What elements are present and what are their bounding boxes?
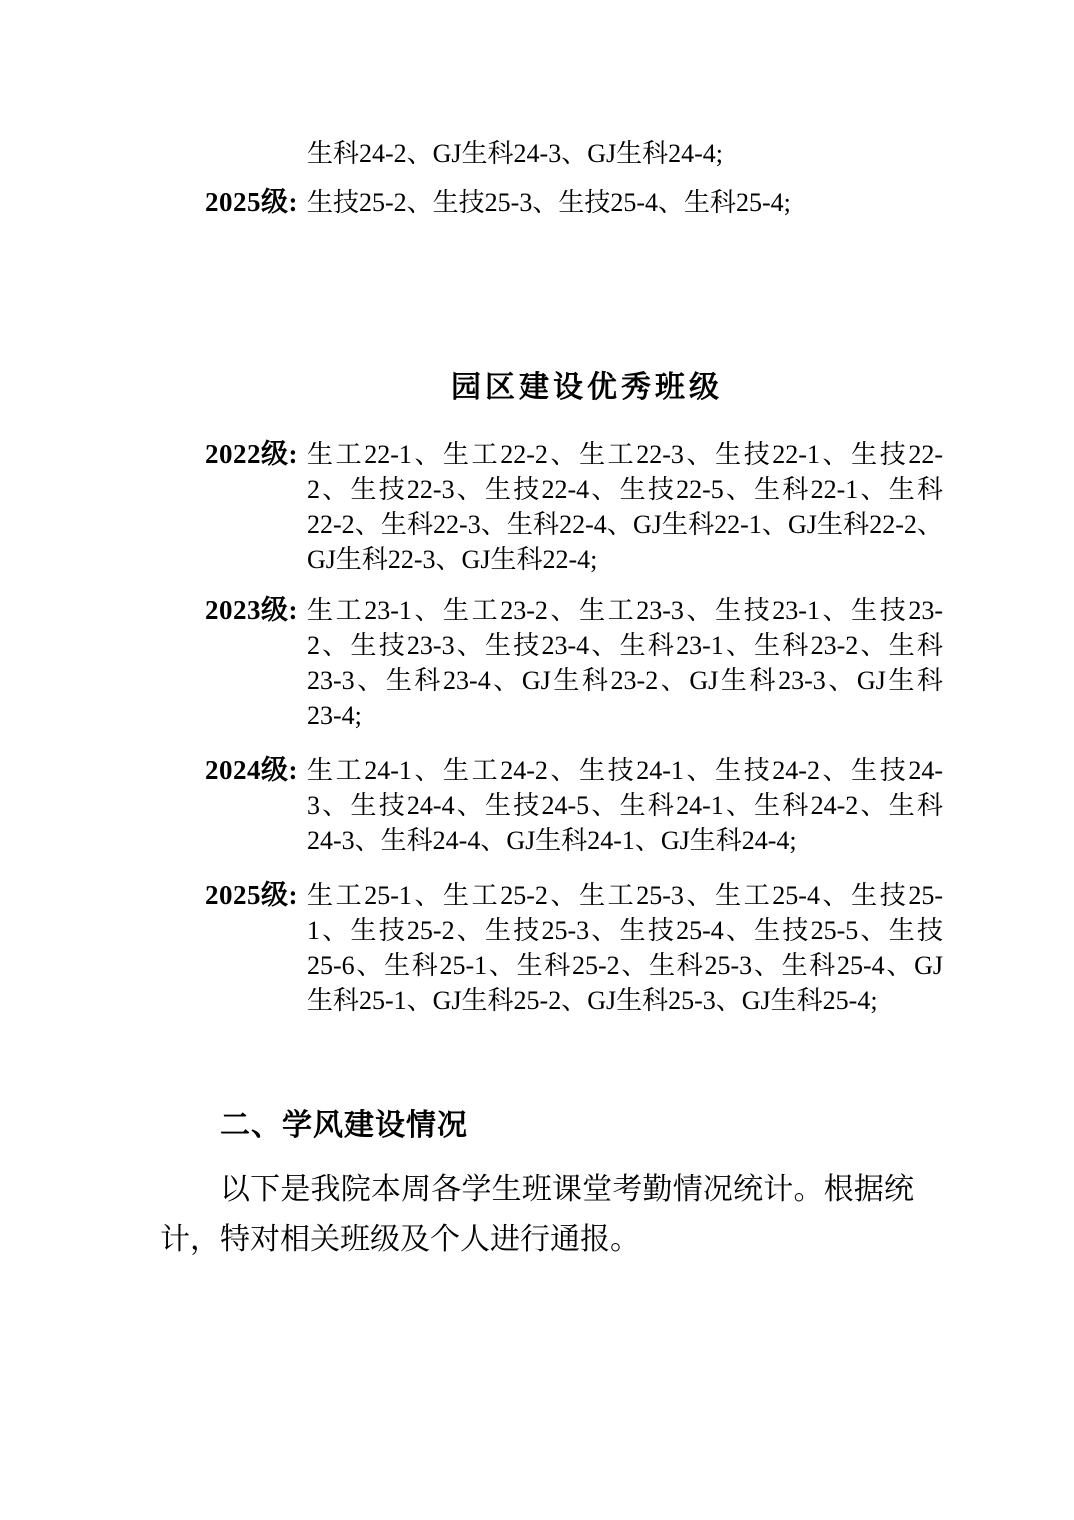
class-list-line: 3、生技24-4、生技24-5、生科24-1、生科24-2、生科 bbox=[307, 788, 943, 823]
grade-class-list: 2022级: 生工22-1、生工22-2、生工22-3、生技22-1、生技22-… bbox=[205, 437, 943, 1018]
class-list-line: 生工23-1、生工23-2、生工23-3、生技23-1、生技23- bbox=[307, 593, 943, 628]
grade-block-2025-top: 2025级: 生技25-2、生技25-3、生技25-4、生科25-4; bbox=[205, 185, 943, 220]
grade-label: 2024级: bbox=[205, 753, 298, 788]
body-paragraph: 以下是我院本周各学生班课堂考勤情况统计。根据统计，特对相关班级及个人进行通报。 bbox=[160, 1165, 914, 1265]
top-class-list: 生科24-2、GJ生科24-3、GJ生科24-4; 2025级: 生技25-2、… bbox=[205, 136, 943, 220]
class-list-line: 23-4; bbox=[307, 698, 943, 733]
grade-label: 2022级: bbox=[205, 437, 298, 472]
grade-block-2022: 2022级: 生工22-1、生工22-2、生工22-3、生技22-1、生技22-… bbox=[205, 437, 943, 577]
grade-block-2023: 2023级: 生工23-1、生工23-2、生工23-3、生技23-1、生技23-… bbox=[205, 593, 943, 733]
section-heading: 二、学风建设情况 bbox=[160, 1104, 914, 1148]
class-list-line: 生工25-1、生工25-2、生工25-3、生工25-4、生技25- bbox=[307, 878, 943, 913]
class-list-line: 23-3、生科23-4、GJ生科23-2、GJ生科23-3、GJ生科 bbox=[307, 663, 943, 698]
class-list-line: 22-2、生科22-3、生科22-4、GJ生科22-1、GJ生科22-2、 bbox=[307, 507, 943, 542]
class-list-line: 1、生技25-2、生技25-3、生技25-4、生技25-5、生技 bbox=[307, 913, 943, 948]
class-list-line: 2、生技23-3、生技23-4、生科23-1、生科23-2、生科 bbox=[307, 628, 943, 663]
grade-label: 2023级: bbox=[205, 593, 298, 628]
class-list-line: 25-6、生科25-1、生科25-2、生科25-3、生科25-4、GJ bbox=[307, 948, 943, 983]
list-title: 园区建设优秀班级 bbox=[205, 368, 943, 408]
class-list-line: GJ生科22-3、GJ生科22-4; bbox=[307, 542, 943, 577]
grade-label: 2025级: bbox=[205, 878, 298, 913]
class-list-line: 生科25-1、GJ生科25-2、GJ生科25-3、GJ生科25-4; bbox=[307, 983, 943, 1018]
grade-label: 2025级: bbox=[205, 185, 298, 220]
grade-block-2024: 2024级: 生工24-1、生工24-2、生技24-1、生技24-2、生技24-… bbox=[205, 753, 943, 858]
class-list-line: 生工22-1、生工22-2、生工22-3、生技22-1、生技22- bbox=[307, 437, 943, 472]
class-list-line: 生技25-2、生技25-3、生技25-4、生科25-4; bbox=[307, 185, 943, 220]
class-list-line: 生科24-2、GJ生科24-3、GJ生科24-4; bbox=[307, 136, 943, 171]
grade-block-2025: 2025级: 生工25-1、生工25-2、生工25-3、生工25-4、生技25-… bbox=[205, 878, 943, 1018]
class-list-line: 生工24-1、生工24-2、生技24-1、生技24-2、生技24- bbox=[307, 753, 943, 788]
class-list-line: 2、生技22-3、生技22-4、生技22-5、生科22-1、生科 bbox=[307, 472, 943, 507]
document-page: 生科24-2、GJ生科24-3、GJ生科24-4; 2025级: 生技25-2、… bbox=[0, 0, 1074, 1520]
class-list-line: 24-3、生科24-4、GJ生科24-1、GJ生科24-4; bbox=[307, 823, 943, 858]
